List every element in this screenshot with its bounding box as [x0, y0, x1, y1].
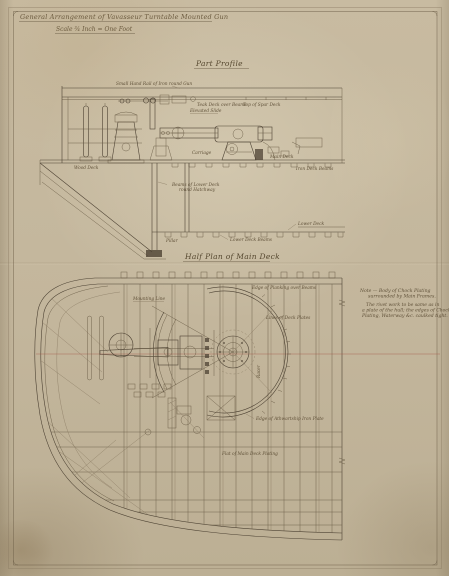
note-line-1: Note — Body of Chock Plating: [359, 288, 431, 294]
label-carriage: Carriage: [192, 151, 212, 156]
label-edge-athwart: Edge of Athwartship Iron Plate: [255, 417, 324, 422]
label-iron-beams: Iron Deck Beams: [295, 167, 334, 172]
note-block: Note — Body of Chock Plating surrounded …: [359, 288, 449, 319]
plan-heading: Half Plan of Main Deck: [184, 252, 280, 261]
gun-profile: [215, 126, 322, 160]
recoil-cylinders: [68, 103, 142, 161]
note-line-4: a plate of the hull; the edges of Chock: [362, 308, 449, 314]
label-hand-rail: Small Hand Rail of Iron round Gun: [116, 82, 192, 87]
label-lower-beams: Lower Deck Beams: [229, 238, 273, 243]
label-lines-deck: Lines of Deck Plates: [265, 316, 311, 321]
label-beams-round-2: round Hatchway: [179, 188, 216, 193]
deck-fittings: [128, 384, 235, 438]
label-flat-plating: Flat of Main Deck Plating: [221, 452, 278, 457]
note-line-5: Plating, Waterway &c. caulked tight.: [361, 313, 448, 319]
plan-labels: Mounting Line Edge of Planking over Beam…: [132, 286, 324, 457]
part-profile-view: Part Profile: [40, 59, 345, 259]
label-lower-deck: Lower Deck: [297, 222, 324, 227]
label-wood-deck: Wood Deck: [74, 166, 99, 171]
overhead-fittings: [118, 95, 195, 129]
label-deck-over-beams: Teak Deck over Beams: [197, 103, 247, 108]
profile-heading: Part Profile: [195, 59, 243, 68]
label-mounting-line: Mounting Line: [132, 297, 166, 302]
label-racer: Racer: [257, 364, 262, 379]
label-main-deck: Main Deck: [269, 155, 294, 160]
main-deck-structure: [40, 160, 345, 259]
note-line-3: The rivet work to be same as in: [366, 302, 439, 308]
sheet-title: General Arrangement of Vavasseur Turntab…: [20, 13, 228, 21]
gun-plan: [88, 316, 215, 380]
label-edge-planking: Edge of Planking over Beams: [251, 286, 317, 291]
technical-drawing: General Arrangement of Vavasseur Turntab…: [0, 0, 449, 576]
title-block: General Arrangement of Vavasseur Turntab…: [19, 13, 228, 34]
label-pillar: Pillar: [165, 239, 179, 244]
border-frame: [9, 8, 442, 569]
sheet-scale: Scale ¾ Inch = One Foot: [56, 26, 133, 33]
label-top-spar: Top of Spar Deck: [243, 103, 281, 108]
pedestal-mount: [108, 112, 144, 163]
note-line-2: surrounded by Main Frames.: [368, 294, 436, 300]
label-elevated-slide: Elevated Slide: [189, 109, 222, 114]
drawing-sheet-photo: General Arrangement of Vavasseur Turntab…: [0, 0, 449, 576]
